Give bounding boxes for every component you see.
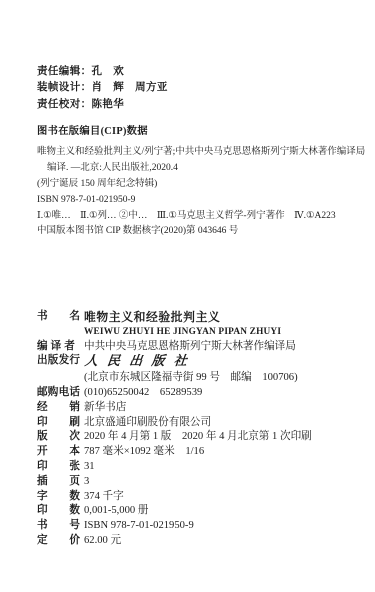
isbn-value: ISBN 978-7-01-021950-9 bbox=[84, 519, 357, 534]
cip-description-line1: 唯物主义和经验批判主义/列宁著;中共中央马克思恩格斯列宁斯大林著作编译局 bbox=[37, 145, 353, 161]
word-count-value: 374 千字 bbox=[84, 490, 357, 505]
sheets-label: 印 张 bbox=[37, 460, 84, 475]
book-title-content: 唯物主义和经验批判主义 WEIWU ZHUYI HE JINGYAN PIPAN… bbox=[84, 310, 357, 340]
cip-description-line2: 编译. —北京:人民出版社,2020.4 bbox=[37, 161, 353, 177]
cip-classification: Ⅰ.①唯… Ⅱ.①列… ②中… Ⅲ.①马克思主义哲学-列宁著作 Ⅳ.①A223 bbox=[37, 209, 353, 225]
cip-block: 图书在版编目(CIP)数据 唯物主义和经验批判主义/列宁著;中共中央马克思恩格斯… bbox=[37, 124, 353, 240]
row-sheets: 印 张 31 bbox=[37, 460, 357, 475]
row-phone: 邮购电话 (010)65250042 65289539 bbox=[37, 386, 357, 401]
editor-name: 孔 欢 bbox=[92, 66, 125, 77]
price-value: 62.00 元 bbox=[84, 534, 357, 549]
book-copyright-page: 责任编辑：孔 欢 装帧设计：肖 辉 周方亚 责任校对：陈艳华 图书在版编目(CI… bbox=[0, 0, 375, 592]
print-run-label: 印 数 bbox=[37, 504, 84, 519]
book-title-label: 书 名 bbox=[37, 310, 84, 325]
row-price: 定 价 62.00 元 bbox=[37, 534, 357, 549]
distributor-name: 新华书店 bbox=[84, 401, 357, 416]
word-count-label: 字 数 bbox=[37, 490, 84, 505]
proofreader-row: 责任校对：陈艳华 bbox=[37, 97, 168, 113]
format-label: 开 本 bbox=[37, 445, 84, 460]
row-publisher: 出版发行 人 民 出 版 社 (北京市东城区隆福寺街 99 号 邮编 10070… bbox=[37, 354, 357, 386]
row-distributor: 经 销 新华书店 bbox=[37, 401, 357, 416]
proofreader-name: 陈艳华 bbox=[92, 99, 125, 110]
editor-row: 责任编辑：孔 欢 bbox=[37, 64, 168, 80]
book-title: 唯物主义和经验批判主义 bbox=[84, 310, 357, 325]
cip-series-note: (列宁诞辰 150 周年纪念特辑) bbox=[37, 177, 353, 193]
row-print-run: 印 数 0,001-5,000 册 bbox=[37, 504, 357, 519]
format-info: 787 毫米×1092 毫米 1/16 bbox=[84, 445, 357, 460]
designer-row: 装帧设计：肖 辉 周方亚 bbox=[37, 80, 168, 96]
print-run-value: 0,001-5,000 册 bbox=[84, 504, 357, 519]
publisher-content: 人 民 出 版 社 (北京市东城区隆福寺街 99 号 邮编 100706) bbox=[84, 354, 357, 386]
row-edition: 版 次 2020 年 4 月第 1 版 2020 年 4 月北京第 1 次印刷 bbox=[37, 430, 357, 445]
row-book-title: 书 名 唯物主义和经验批判主义 WEIWU ZHUYI HE JINGYAN P… bbox=[37, 310, 357, 340]
translator-label: 编 译 者 bbox=[37, 340, 84, 355]
publisher-label: 出版发行 bbox=[37, 354, 84, 369]
price-label: 定 价 bbox=[37, 534, 84, 549]
cip-isbn: ISBN 978-7-01-021950-9 bbox=[37, 193, 353, 209]
publisher-address: (北京市东城区隆福寺街 99 号 邮编 100706) bbox=[84, 371, 357, 386]
editor-label: 责任编辑： bbox=[37, 66, 92, 77]
row-inserts: 插 页 3 bbox=[37, 475, 357, 490]
designer-names: 肖 辉 周方亚 bbox=[92, 82, 168, 93]
cip-record-number: 中国版本图书馆 CIP 数据核字(2020)第 043646 号 bbox=[37, 224, 353, 240]
staff-credits-block: 责任编辑：孔 欢 装帧设计：肖 辉 周方亚 责任校对：陈艳华 bbox=[37, 64, 168, 113]
colophon-block: 书 名 唯物主义和经验批判主义 WEIWU ZHUYI HE JINGYAN P… bbox=[37, 310, 357, 549]
printer-name: 北京盛通印刷股份有限公司 bbox=[84, 416, 357, 431]
sheets-count: 31 bbox=[84, 460, 357, 475]
isbn-label: 书 号 bbox=[37, 519, 84, 534]
row-format: 开 本 787 毫米×1092 毫米 1/16 bbox=[37, 445, 357, 460]
phone-numbers: (010)65250042 65289539 bbox=[84, 386, 357, 401]
edition-info: 2020 年 4 月第 1 版 2020 年 4 月北京第 1 次印刷 bbox=[84, 430, 357, 445]
phone-label: 邮购电话 bbox=[37, 386, 84, 401]
row-printer: 印 刷 北京盛通印刷股份有限公司 bbox=[37, 416, 357, 431]
row-word-count: 字 数 374 千字 bbox=[37, 490, 357, 505]
row-isbn: 书 号 ISBN 978-7-01-021950-9 bbox=[37, 519, 357, 534]
edition-label: 版 次 bbox=[37, 430, 84, 445]
cip-heading: 图书在版编目(CIP)数据 bbox=[37, 124, 353, 140]
publisher-logo: 人 民 出 版 社 bbox=[84, 354, 191, 369]
inserts-count: 3 bbox=[84, 475, 357, 490]
distributor-label: 经 销 bbox=[37, 401, 84, 416]
proofreader-label: 责任校对： bbox=[37, 99, 92, 110]
printer-label: 印 刷 bbox=[37, 416, 84, 431]
book-title-pinyin: WEIWU ZHUYI HE JINGYAN PIPAN ZHUYI bbox=[84, 325, 357, 340]
inserts-label: 插 页 bbox=[37, 475, 84, 490]
designer-label: 装帧设计： bbox=[37, 82, 92, 93]
